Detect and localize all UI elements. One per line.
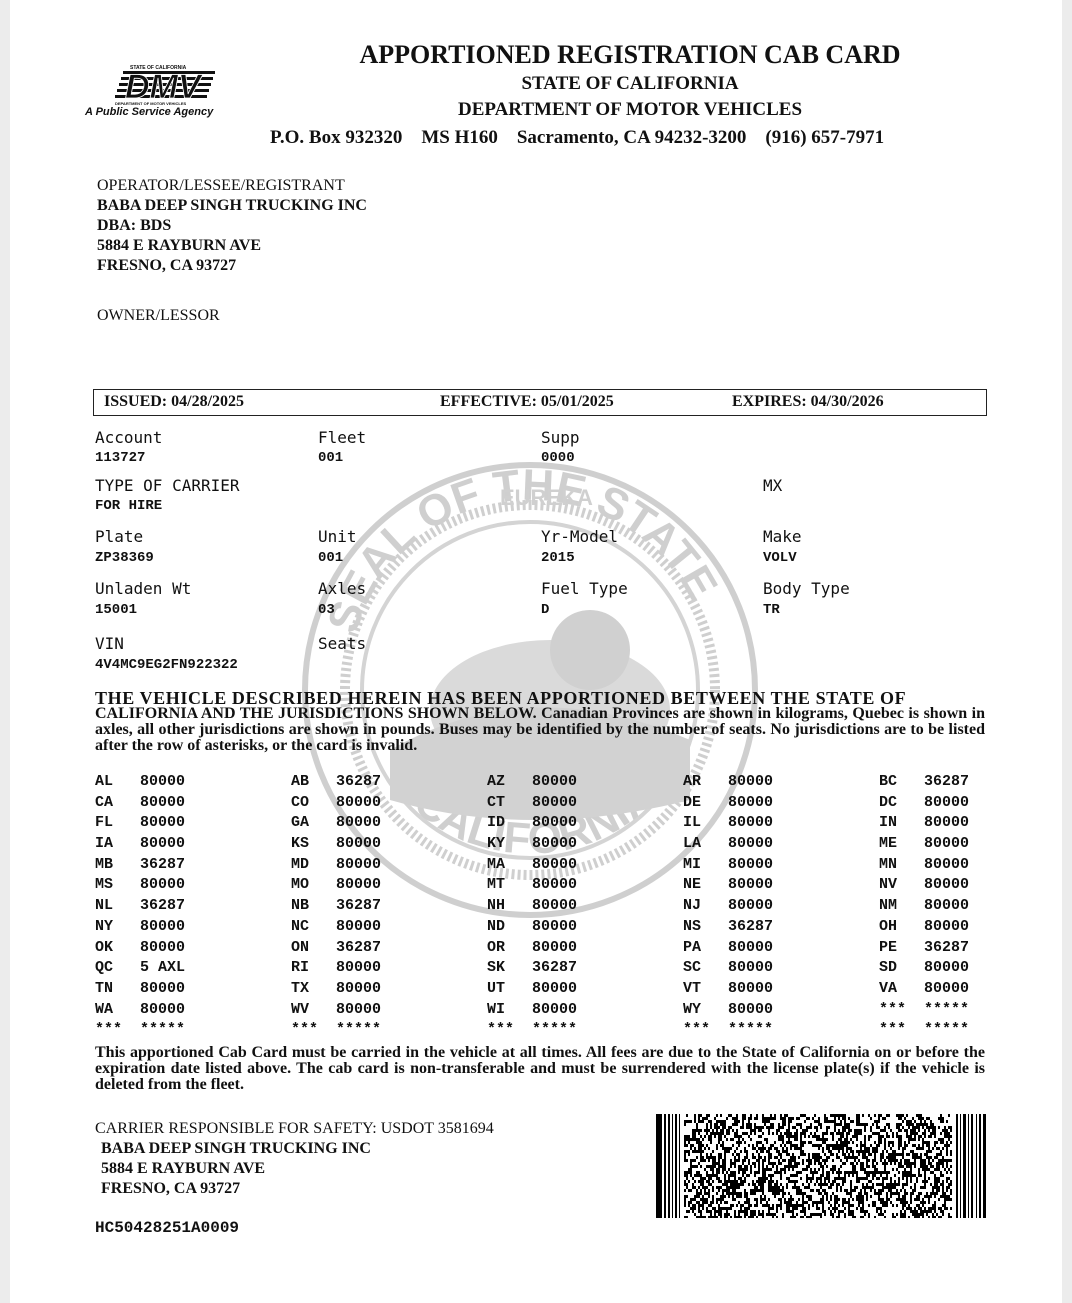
jurisdiction-weight: 80000: [728, 814, 773, 831]
jurisdiction-code: PA: [683, 939, 701, 956]
jurisdiction-code: MS: [95, 876, 113, 893]
account-label: Account: [95, 428, 162, 447]
jurisdiction-code: SC: [683, 959, 701, 976]
jurisdiction-weight: 80000: [336, 959, 381, 976]
jurisdiction-code: ***: [487, 1021, 514, 1038]
expires-date: EXPIRES: 04/30/2026: [732, 393, 884, 411]
jurisdiction-code: MA: [487, 856, 505, 873]
jurisdiction-code: VA: [879, 980, 897, 997]
jurisdiction-row: QC5 AXLRI80000SK36287SC80000SD80000: [95, 959, 985, 980]
jurisdiction-weight: 80000: [532, 835, 577, 852]
jurisdiction-code: QC: [95, 959, 113, 976]
jurisdiction-code: FL: [95, 814, 113, 831]
carrier-street: 5884 E RAYBURN AVE: [95, 1159, 494, 1179]
jurisdiction-weight: 80000: [924, 814, 969, 831]
unladen-wt-value: 15001: [95, 602, 137, 618]
jurisdiction-row: FL80000GA80000ID80000IL80000IN80000: [95, 814, 985, 835]
jurisdiction-code: NC: [291, 918, 309, 935]
jurisdiction-weight: 80000: [336, 918, 381, 935]
jurisdiction-weight: 80000: [532, 918, 577, 935]
jurisdiction-weight: 80000: [336, 980, 381, 997]
jurisdiction-weight: 80000: [924, 897, 969, 914]
jurisdiction-code: MD: [291, 856, 309, 873]
jurisdiction-code: IN: [879, 814, 897, 831]
jurisdiction-weight: 36287: [336, 773, 381, 790]
jurisdiction-weight: 36287: [924, 773, 969, 790]
jurisdiction-weight: 80000: [140, 773, 185, 790]
jurisdiction-row: NL36287NB36287NH80000NJ80000NM80000: [95, 897, 985, 918]
yr-model-value: 2015: [541, 550, 575, 566]
jurisdiction-code: OH: [879, 918, 897, 935]
notice-heading: THE VEHICLE DESCRIBED HEREIN HAS BEEN AP…: [95, 690, 985, 706]
jurisdiction-weight: 80000: [532, 773, 577, 790]
jurisdiction-weight: 80000: [728, 980, 773, 997]
jurisdiction-weight: 80000: [532, 856, 577, 873]
jurisdiction-weight: 36287: [924, 939, 969, 956]
jurisdiction-weight: 80000: [532, 814, 577, 831]
jurisdiction-row: OK80000ON36287OR80000PA80000PE36287: [95, 939, 985, 960]
jurisdiction-code: OR: [487, 939, 505, 956]
jurisdiction-row: NY80000NC80000ND80000NS36287OH80000: [95, 918, 985, 939]
jurisdiction-code: LA: [683, 835, 701, 852]
jurisdiction-code: VT: [683, 980, 701, 997]
jurisdiction-weight: 80000: [924, 835, 969, 852]
jurisdiction-weight: 80000: [140, 939, 185, 956]
jurisdiction-code: WA: [95, 1001, 113, 1018]
jurisdiction-weight: 5 AXL: [140, 959, 185, 976]
account-value: 113727: [95, 450, 145, 466]
jurisdiction-weight: 80000: [728, 876, 773, 893]
mx-label: MX: [763, 476, 782, 495]
jurisdiction-code: GA: [291, 814, 309, 831]
jurisdiction-weight: 80000: [140, 794, 185, 811]
jurisdiction-weight: 80000: [140, 980, 185, 997]
jurisdiction-weight: 80000: [140, 918, 185, 935]
jurisdiction-code: ***: [95, 1021, 122, 1038]
jurisdiction-row: WA80000WV80000WI80000WY80000********: [95, 1001, 985, 1022]
carry-notice: This apportioned Cab Card must be carrie…: [95, 1045, 985, 1093]
jurisdiction-code: AZ: [487, 773, 505, 790]
pdf417-barcode: [656, 1114, 986, 1218]
jurisdiction-weight: 80000: [728, 773, 773, 790]
jurisdiction-weight: 80000: [336, 814, 381, 831]
jurisdiction-code: WV: [291, 1001, 309, 1018]
jurisdiction-weight: 80000: [532, 1001, 577, 1018]
jurisdiction-weight: *****: [924, 1001, 969, 1018]
jurisdiction-weight: 80000: [728, 794, 773, 811]
jurisdiction-weight: *****: [532, 1021, 577, 1038]
jurisdiction-weight: 80000: [728, 959, 773, 976]
vin-label: VIN: [95, 634, 124, 653]
carrier-type-label: TYPE OF CARRIER: [95, 476, 240, 495]
jurisdiction-code: IL: [683, 814, 701, 831]
jurisdiction-code: NY: [95, 918, 113, 935]
carrier-block: CARRIER RESPONSIBLE FOR SAFETY: USDOT 35…: [95, 1119, 494, 1199]
jurisdiction-weight: *****: [924, 1021, 969, 1038]
jurisdiction-weight: 80000: [728, 897, 773, 914]
jurisdiction-weight: 80000: [336, 835, 381, 852]
svg-text:EUREKA: EUREKA: [500, 485, 593, 510]
registrant-city: FRESNO, CA 93727: [97, 256, 367, 276]
carrier-type-value: FOR HIRE: [95, 498, 162, 514]
dmv-logo: STATE OF CALIFORNIA DMV DEPARTMENT OF MO…: [85, 65, 235, 125]
jurisdiction-weight: *****: [728, 1021, 773, 1038]
unit-value: 001: [318, 550, 343, 566]
jurisdiction-code: KS: [291, 835, 309, 852]
body-type-value: TR: [763, 602, 780, 618]
yr-model-label: Yr-Model: [541, 527, 618, 546]
jurisdiction-code: NL: [95, 897, 113, 914]
owner-label: OWNER/LESSOR: [97, 306, 220, 326]
jurisdiction-row: MB36287MD80000MA80000MI80000MN80000: [95, 856, 985, 877]
jurisdiction-weight: 80000: [532, 980, 577, 997]
jurisdiction-weight: 80000: [532, 897, 577, 914]
axles-value: 03: [318, 602, 335, 618]
jurisdiction-code: AR: [683, 773, 701, 790]
jurisdiction-weight: 80000: [924, 856, 969, 873]
body-type-label: Body Type: [763, 579, 850, 598]
jurisdiction-code: ***: [291, 1021, 318, 1038]
jurisdiction-weight: 36287: [532, 959, 577, 976]
apportionment-notice: THE VEHICLE DESCRIBED HEREIN HAS BEEN AP…: [95, 690, 985, 754]
jurisdiction-weight: 36287: [140, 856, 185, 873]
unit-label: Unit: [318, 527, 357, 546]
jurisdiction-code: ME: [879, 835, 897, 852]
jurisdiction-weight: 80000: [924, 794, 969, 811]
jurisdiction-code: AL: [95, 773, 113, 790]
fleet-value: 001: [318, 450, 343, 466]
jurisdiction-code: NE: [683, 876, 701, 893]
jurisdiction-weight: 80000: [140, 814, 185, 831]
jurisdiction-code: RI: [291, 959, 309, 976]
jurisdiction-weight: 80000: [728, 939, 773, 956]
seats-label: Seats: [318, 634, 366, 653]
jurisdiction-row: TN80000TX80000UT80000VT80000VA80000: [95, 980, 985, 1001]
jurisdiction-code: MI: [683, 856, 701, 873]
jurisdiction-code: PE: [879, 939, 897, 956]
jurisdiction-code: TX: [291, 980, 309, 997]
jurisdiction-weight: 36287: [728, 918, 773, 935]
jurisdiction-table: AL80000AB36287AZ80000AR80000BC36287CA800…: [95, 773, 985, 1042]
jurisdiction-code: MT: [487, 876, 505, 893]
jurisdiction-code: CO: [291, 794, 309, 811]
dates-box: ISSUED: 04/28/2025 EFFECTIVE: 05/01/2025…: [93, 389, 987, 416]
jurisdiction-code: NH: [487, 897, 505, 914]
control-number: HC50428251A0009: [95, 1219, 239, 1237]
jurisdiction-code: OK: [95, 939, 113, 956]
jurisdiction-code: CT: [487, 794, 505, 811]
jurisdiction-code: AB: [291, 773, 309, 790]
jurisdiction-code: WY: [683, 1001, 701, 1018]
carrier-name: BABA DEEP SINGH TRUCKING INC: [95, 1139, 494, 1159]
jurisdiction-weight: 80000: [532, 794, 577, 811]
jurisdiction-code: ***: [879, 1001, 906, 1018]
jurisdiction-weight: 80000: [140, 1001, 185, 1018]
registrant-dba: DBA: BDS: [97, 216, 367, 236]
svg-text:DMV: DMV: [125, 69, 204, 101]
jurisdiction-weight: 36287: [336, 897, 381, 914]
jurisdiction-code: NJ: [683, 897, 701, 914]
jurisdiction-weight: 80000: [532, 876, 577, 893]
jurisdiction-code: UT: [487, 980, 505, 997]
jurisdiction-code: MN: [879, 856, 897, 873]
header-address: P.O. Box 932320 MS H160 Sacramento, CA 9…: [270, 127, 884, 149]
jurisdiction-code: BC: [879, 773, 897, 790]
jurisdiction-weight: 80000: [728, 835, 773, 852]
jurisdiction-code: DE: [683, 794, 701, 811]
jurisdiction-code: MO: [291, 876, 309, 893]
jurisdiction-code: TN: [95, 980, 113, 997]
jurisdiction-code: WI: [487, 1001, 505, 1018]
jurisdiction-code: MB: [95, 856, 113, 873]
logo-tagline: A Public Service Agency: [85, 106, 213, 118]
fuel-type-value: D: [541, 602, 549, 618]
jurisdiction-weight: 80000: [336, 856, 381, 873]
jurisdiction-weight: *****: [140, 1021, 185, 1038]
jurisdiction-weight: 80000: [140, 835, 185, 852]
jurisdiction-weight: 80000: [924, 876, 969, 893]
jurisdiction-row: AL80000AB36287AZ80000AR80000BC36287: [95, 773, 985, 794]
issued-date: ISSUED: 04/28/2025: [104, 393, 244, 411]
jurisdiction-weight: 36287: [336, 939, 381, 956]
vin-value: 4V4MC9EG2FN922322: [95, 657, 238, 673]
unladen-wt-label: Unladen Wt: [95, 579, 191, 598]
jurisdiction-code: NS: [683, 918, 701, 935]
jurisdiction-row: ****************************************: [95, 1021, 985, 1042]
jurisdiction-code: ***: [879, 1021, 906, 1038]
jurisdiction-code: DC: [879, 794, 897, 811]
jurisdiction-weight: 80000: [728, 1001, 773, 1018]
jurisdiction-code: IA: [95, 835, 113, 852]
registrant-label: OPERATOR/LESSEE/REGISTRANT: [97, 176, 367, 196]
jurisdiction-code: ID: [487, 814, 505, 831]
jurisdiction-code: ***: [683, 1021, 710, 1038]
axles-label: Axles: [318, 579, 366, 598]
plate-value: ZP38369: [95, 550, 154, 566]
jurisdiction-weight: 80000: [336, 794, 381, 811]
jurisdiction-code: NV: [879, 876, 897, 893]
jurisdiction-weight: 80000: [336, 1001, 381, 1018]
jurisdiction-code: SK: [487, 959, 505, 976]
jurisdiction-code: SD: [879, 959, 897, 976]
document-title: APPORTIONED REGISTRATION CAB CARD: [300, 40, 960, 70]
jurisdiction-code: ND: [487, 918, 505, 935]
jurisdiction-weight: 80000: [336, 876, 381, 893]
registrant-street: 5884 E RAYBURN AVE: [97, 236, 367, 256]
jurisdiction-code: ON: [291, 939, 309, 956]
jurisdiction-row: IA80000KS80000KY80000LA80000ME80000: [95, 835, 985, 856]
header-department: DEPARTMENT OF MOTOR VEHICLES: [300, 99, 960, 121]
supp-label: Supp: [541, 428, 580, 447]
jurisdiction-weight: *****: [336, 1021, 381, 1038]
fuel-type-label: Fuel Type: [541, 579, 628, 598]
notice-body: CALIFORNIA AND THE JURISDICTIONS SHOWN B…: [95, 706, 985, 754]
jurisdiction-code: NB: [291, 897, 309, 914]
jurisdiction-weight: 80000: [140, 876, 185, 893]
jurisdiction-weight: 80000: [924, 918, 969, 935]
jurisdiction-weight: 80000: [924, 959, 969, 976]
jurisdiction-row: MS80000MO80000MT80000NE80000NV80000: [95, 876, 985, 897]
make-label: Make: [763, 527, 802, 546]
fleet-label: Fleet: [318, 428, 366, 447]
carrier-city: FRESNO, CA 93727: [95, 1179, 494, 1199]
make-value: VOLV: [763, 550, 797, 566]
dmv-mark-icon: DMV: [115, 69, 220, 101]
carrier-label: CARRIER RESPONSIBLE FOR SAFETY: USDOT 35…: [95, 1119, 494, 1139]
jurisdiction-weight: 80000: [532, 939, 577, 956]
jurisdiction-row: CA80000CO80000CT80000DE80000DC80000: [95, 794, 985, 815]
jurisdiction-weight: 36287: [140, 897, 185, 914]
registrant-name: BABA DEEP SINGH TRUCKING INC: [97, 196, 367, 216]
jurisdiction-code: KY: [487, 835, 505, 852]
plate-label: Plate: [95, 527, 143, 546]
supp-value: 0000: [541, 450, 575, 466]
jurisdiction-code: NM: [879, 897, 897, 914]
jurisdiction-code: CA: [95, 794, 113, 811]
jurisdiction-weight: 80000: [728, 856, 773, 873]
header-state: STATE OF CALIFORNIA: [300, 73, 960, 95]
jurisdiction-weight: 80000: [924, 980, 969, 997]
registrant-block: OPERATOR/LESSEE/REGISTRANT BABA DEEP SIN…: [97, 176, 367, 276]
effective-date: EFFECTIVE: 05/01/2025: [440, 393, 614, 411]
